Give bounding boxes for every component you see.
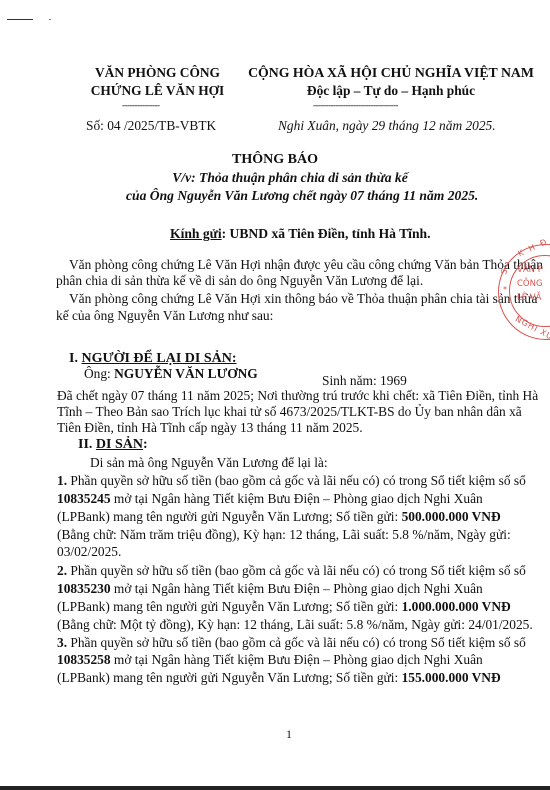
item-1-number: 1.	[57, 473, 67, 488]
bottom-bar	[0, 786, 550, 790]
scan-dot	[49, 19, 51, 20]
section-1-line-1: Đã chết ngày 07 tháng 11 năm 2025; Nơi t…	[57, 388, 538, 404]
item-3-line-3: (LPBank) mang tên người gửi Nguyễn Văn L…	[57, 670, 501, 686]
intro-p2-line1: Văn phòng công chứng Lê Văn Hợi xin thôn…	[69, 291, 537, 307]
stamp-line-1: VĂN P	[517, 265, 543, 275]
item-3-account: 10835258	[57, 652, 111, 667]
section-2-title: DI SẢN	[96, 437, 143, 452]
item-2-account: 10835230	[57, 581, 111, 596]
org-line-1: VĂN PHÒNG CÔNG	[90, 64, 225, 82]
item-2-line-3: (LPBank) mang tên người gửi Nguyễn Văn L…	[57, 599, 511, 615]
item-3-amount: 155.000.000 VNĐ	[402, 670, 501, 685]
subject-line-2: của Ông Nguyễn Văn Lương chết ngày 07 th…	[126, 188, 478, 204]
national-header: CỘNG HÒA XÃ HỘI CHỦ NGHĨA VIỆT NAM Độc l…	[241, 64, 541, 100]
deceased-name-line: Ông: NGUYỄN VĂN LƯƠNG	[84, 366, 258, 382]
stamp-line-2: CÔNG	[517, 279, 543, 289]
nation-separator: ----------------------------------	[313, 100, 398, 111]
person-name: NGUYỄN VĂN LƯƠNG	[114, 366, 258, 381]
place-date: Nghi Xuân, ngày 29 tháng 12 năm 2025.	[278, 118, 496, 134]
item-1-line-3: (LPBank) mang tên người gửi Nguyễn Văn L…	[57, 509, 501, 525]
intro-p2-line2: kế của ông Nguyễn Văn Lương như sau:	[56, 308, 273, 324]
item-3-text-2: mở tại Ngân hàng Tiết kiệm Bưu Điện – Ph…	[111, 652, 483, 667]
item-2-number: 2.	[57, 563, 67, 578]
stamp-star-icon: *	[503, 285, 507, 295]
item-3-number: 3.	[57, 635, 67, 650]
section-1-line-3: Tiên Điền, tỉnh Hà Tĩnh cấp ngày 13 thán…	[57, 420, 363, 436]
recipient-value: : UBND xã Tiên Điền, tỉnh Hà Tĩnh.	[222, 226, 431, 241]
intro-p1-line2: phân chia di sản thừa kế về di sản do ôn…	[56, 273, 423, 289]
document-number: Số: 04 /2025/TB-VBTK	[86, 118, 216, 134]
item-1-account: 10835245	[57, 491, 111, 506]
item-1-text-3: (LPBank) mang tên người gửi Nguyễn Văn L…	[57, 509, 402, 524]
item-2-text-2: mở tại Ngân hàng Tiết kiệm Bưu Điện – Ph…	[111, 581, 483, 596]
item-1-line-4: (Bằng chữ: Năm trăm triệu đồng), Kỳ hạn:…	[57, 527, 511, 543]
org-line-2: CHỨNG LÊ VĂN HỢI	[90, 82, 225, 100]
item-1-line-2: 10835245 mở tại Ngân hàng Tiết kiệm Bưu …	[57, 491, 483, 507]
stamp-line-3: LÊ VĂ	[517, 293, 541, 303]
item-1-line-5: 03/02/2025.	[57, 544, 121, 560]
nation-motto: Độc lập – Tự do – Hạnh phúc	[241, 82, 541, 100]
item-3-text-1: Phần quyền sở hữu số tiền (bao gồm cả gố…	[67, 635, 526, 650]
item-2-line-2: 10835230 mở tại Ngân hàng Tiết kiệm Bưu …	[57, 581, 483, 597]
item-1-amount: 500.000.000 VNĐ	[402, 509, 501, 524]
item-1-text-1: Phần quyền sở hữu số tiền (bao gồm cả gố…	[67, 473, 526, 488]
section-2-number: II.	[78, 437, 96, 452]
section-1-line-2: Tĩnh – Theo Bản sao Trích lục khai tử số…	[57, 404, 522, 420]
section-2-suffix: :	[143, 437, 148, 452]
section-2-intro: Di sản mà ông Nguyễn Văn Lương để lại là…	[90, 455, 328, 471]
item-2-line-4: (Bằng chữ: Một tỷ đồng), Kỳ hạn: 12 thán…	[57, 617, 533, 633]
item-3-text-3: (LPBank) mang tên người gửi Nguyễn Văn L…	[57, 670, 402, 685]
recipient-label: Kính gửi	[170, 226, 222, 241]
item-1-line-1: 1. Phần quyền sở hữu số tiền (bao gồm cả…	[57, 473, 526, 489]
section-1-number: I.	[69, 351, 81, 366]
item-3-line-1: 3. Phần quyền sở hữu số tiền (bao gồm cả…	[57, 635, 526, 651]
organization-name: VĂN PHÒNG CÔNG CHỨNG LÊ VĂN HỢI	[90, 64, 225, 100]
subject-line-1: V/v: Thỏa thuận phân chia di sản thừa kế	[0, 170, 550, 186]
section-1-title: NGƯỜI ĐỂ LẠI DI SẢN:	[81, 351, 236, 366]
item-2-text-1: Phần quyền sở hữu số tiền (bao gồm cả gố…	[67, 563, 526, 578]
birth-year: Sinh năm: 1969	[322, 373, 407, 389]
recipient: Kính gửi: UBND xã Tiên Điền, tỉnh Hà Tĩn…	[170, 226, 430, 242]
person-prefix: Ông:	[84, 366, 114, 381]
section-2-heading: II. DI SẢN:	[78, 437, 148, 454]
intro-p1-line1: Văn phòng công chứng Lê Văn Hợi nhận đượ…	[69, 257, 543, 273]
org-separator: ---------------	[122, 100, 159, 111]
document-title: THÔNG BÁO	[0, 152, 550, 169]
item-2-line-1: 2. Phần quyền sở hữu số tiền (bao gồm cả…	[57, 563, 526, 579]
item-2-amount: 1.000.000.000 VNĐ	[402, 599, 511, 614]
item-3-line-2: 10835258 mở tại Ngân hàng Tiết kiệm Bưu …	[57, 652, 483, 668]
scan-mark	[7, 19, 33, 20]
page-number: 1	[286, 727, 292, 741]
item-2-text-3: (LPBank) mang tên người gửi Nguyễn Văn L…	[57, 599, 402, 614]
item-1-text-2: mở tại Ngân hàng Tiết kiệm Bưu Điện – Ph…	[111, 491, 483, 506]
nation-title: CỘNG HÒA XÃ HỘI CHỦ NGHĨA VIỆT NAM	[241, 64, 541, 82]
stamp-left-text: S	[499, 268, 510, 276]
